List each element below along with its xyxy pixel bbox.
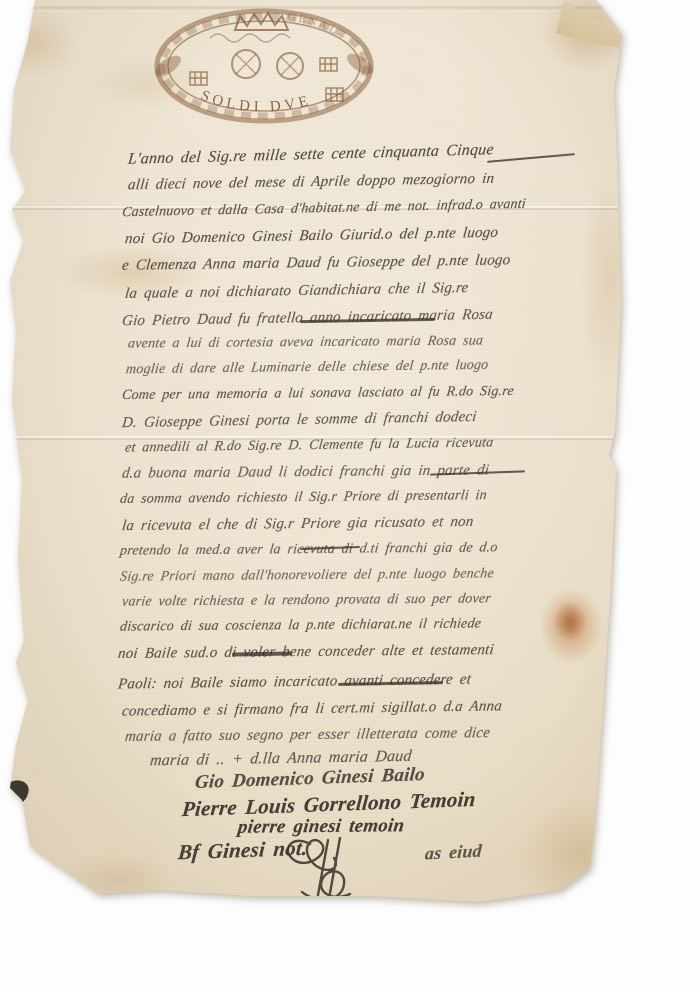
text-layer: L'anno del Sig.re mille sette cente cinq… (0, 0, 700, 990)
manuscript-line-10: Come per una memoria a lui sonava lascia… (121, 384, 515, 404)
manuscript-line-14: da somma avendo richiesto il Sig.r Prior… (119, 488, 488, 508)
manuscript-line-20: noi Baile sud.o di voler bene conceder a… (117, 642, 495, 663)
manuscript-line-4: noi Gio Domenico Ginesi Bailo Giurid.o d… (124, 225, 499, 249)
manuscript-paper: SOLDI DVE GENAL L'anno del Sig.re mille … (0, 0, 700, 990)
manuscript-line-7: Gio Pietro Daud fu fratello anno incaric… (121, 307, 494, 331)
manuscript-line-9: moglie di dare alle Luminarie delle chie… (125, 358, 489, 378)
manuscript-line-11: D. Gioseppe Ginesi porta le somme di fra… (121, 409, 477, 432)
signature-5: as eiud (424, 840, 482, 864)
manuscript-line-1: L'anno del Sig.re mille sette cente cinq… (127, 141, 494, 169)
manuscript-line-15: la ricevuta el che di Sig.r Priore gia r… (121, 514, 474, 535)
manuscript-line-5: e Clemenza Anna maria Daud fu Gioseppe d… (121, 252, 511, 274)
ink-strikethrough (487, 153, 575, 163)
manuscript-line-23: maria a fatto suo segno per esser illett… (124, 725, 491, 746)
ink-blot (1, 777, 30, 806)
signature-4: Bf Ginesi not. (177, 836, 309, 866)
manuscript-line-19: discarico di sua coscienza la p.nte dich… (119, 616, 482, 635)
manuscript-line-17: Sig.re Priori mano dall'honorevoliere de… (119, 566, 495, 585)
manuscript-line-18: varie volte richiesta e la rendono prova… (121, 591, 492, 610)
signature-3: pierre ginesi temoin (237, 815, 406, 838)
manuscript-line-3: Castelnuovo et dalla Casa d'habitat.ne d… (121, 197, 526, 221)
manuscript-line-6: la quale a noi dichiarato Giandichiara c… (124, 280, 469, 303)
manuscript-line-16: pretendo la med.a aver la ricevuta di d.… (119, 540, 498, 559)
scanned-manuscript: SOLDI DVE GENAL L'anno del Sig.re mille … (0, 0, 700, 990)
manuscript-line-12: et annedili al R.do Sig.re D. Clemente f… (124, 435, 494, 456)
manuscript-line-22: concediamo e si firmano fra li cert.mi s… (121, 698, 503, 720)
manuscript-line-2: alli dieci nove del mese di Aprile doppo… (127, 171, 495, 194)
manuscript-line-8: avente a lui di cortesia aveva incaricat… (127, 333, 484, 352)
